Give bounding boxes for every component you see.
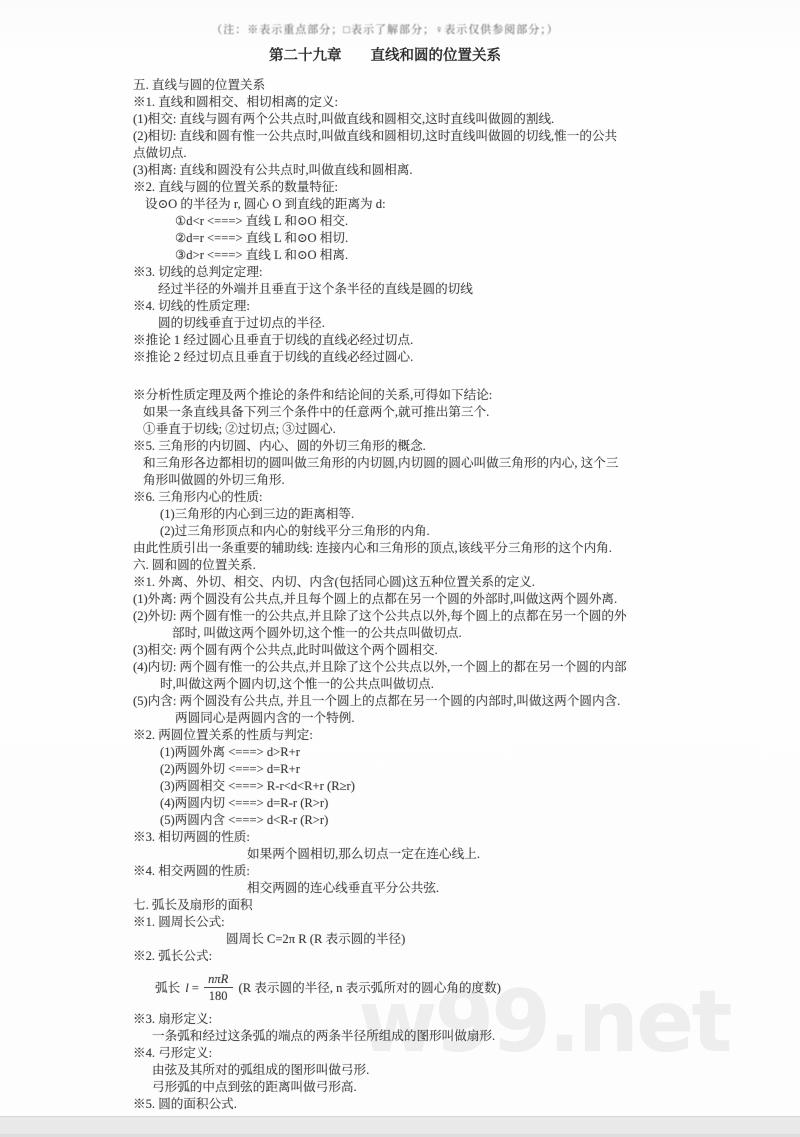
- text-line: (1)三角形的内心到三边的距离相等.: [160, 506, 753, 523]
- text-line: 一条弧和经过这条弧的端点的两条半径所组成的图形叫做扇形.: [152, 1028, 753, 1045]
- text-line: 和三角形各边都相切的圆叫做三角形的内切圆,内切圆的圆心叫做三角形的内心, 这个三: [143, 455, 753, 472]
- text-line: ※3. 扇形定义:: [133, 1011, 753, 1028]
- text-line: (2)相切: 直线和圆有惟一公共点时,叫做直线和圆相切,这时直线叫做圆的切线,惟…: [133, 128, 753, 145]
- text-line: 如果一条直线具备下列三个条件中的任意两个,就可推出第三个.: [143, 404, 753, 421]
- text-line: ②d=r <===> 直线 L 和⊙O 相切.: [175, 230, 753, 247]
- formula-line: 弧长l=nπR180(R 表示圆的半径, n 表示弧所对的圆心角的度数): [155, 967, 753, 1009]
- text-line: 部时, 叫做这两个圆外切,这个惟一的公共点叫做切点.: [172, 625, 753, 642]
- text-line: ※推论 2 经过切点且垂直于切线的直线必经过圆心.: [133, 349, 753, 366]
- text-line: ※6. 三角形内心的性质:: [133, 489, 753, 506]
- text-line: 两圆同心是两圆内含的一个特例.: [175, 710, 753, 727]
- text-line: ※2. 直线与圆的位置关系的数量特征:: [133, 179, 753, 196]
- text-line: ※5. 圆的面积公式.: [133, 1096, 753, 1113]
- text-line: (2)过三角形顶点和内心的射线平分三角形的内角.: [160, 523, 753, 540]
- text-line: (1)两圆外离 <===> d>R+r: [160, 744, 753, 761]
- document-body: 五. 直线与圆的位置关系※1. 直线和圆相交、相切相离的定义:(1)相交: 直线…: [133, 77, 753, 1113]
- text-line: 相交两圆的连心线垂直平分公共弦.: [247, 880, 753, 897]
- text-line: (5)内含: 两个圆没有公共点, 并且一个圆上的点都在另一个圆的内部时,叫做这两…: [133, 693, 753, 710]
- text-line: 时,叫做这两个圆内切,这个惟一的公共点叫做切点.: [160, 676, 753, 693]
- text-line: ※2. 两圆位置关系的性质与判定:: [133, 727, 753, 744]
- text-line: 弓形弧的中点到弦的距离叫做弓形高.: [152, 1079, 753, 1096]
- document-page: （注：※表示重点部分；□表示了解部分；♀表示仅供参阅部分；） 第二十九章 直线和…: [0, 0, 800, 1137]
- text-line: 经过半径的外端并且垂直于这个条半径的直线是圆的切线: [158, 281, 753, 298]
- text-line: (4)内切: 两个圆有惟一的公共点,并且除了这个公共点以外,一个圆上的都在另一个…: [133, 659, 753, 676]
- text-line: 由此性质引出一条重要的辅助线: 连接内心和三角形的顶点,该线平分三角形的这个内角…: [133, 540, 753, 557]
- text-line: 如果两个圆相切,那么切点一定在连心线上.: [247, 846, 753, 863]
- footer-bar: [0, 1116, 800, 1137]
- text-line: 设⊙O 的半径为 r, 圆心 O 到直线的距离为 d:: [145, 196, 753, 213]
- text-line: ※4. 相交两圆的性质:: [133, 863, 753, 880]
- text-line: 五. 直线与圆的位置关系: [133, 77, 753, 94]
- text-line: 七. 弧长及扇形的面积: [133, 897, 753, 914]
- chapter-title: 第二十九章 直线和圆的位置关系: [0, 44, 770, 65]
- text-line: ※1. 直线和圆相交、相切相离的定义:: [133, 94, 753, 111]
- text-line: (2)两圆外切 <===> d=R+r: [160, 761, 753, 778]
- text-line: 六. 圆和圆的位置关系.: [133, 557, 753, 574]
- text-line: ①d<r <===> 直线 L 和⊙O 相交.: [175, 213, 753, 230]
- text-line: ※4. 切线的性质定理:: [133, 298, 753, 315]
- text-line: 由弦及其所对的弧组成的图形叫做弓形.: [152, 1062, 753, 1079]
- text-line: (3)相交: 两个圆有两个公共点,此时叫做这个两个圆相交.: [133, 642, 753, 659]
- text-line: (2)外切: 两个圆有惟一的公共点,并且除了这个公共点以外,每个圆上的点都在另一…: [133, 608, 753, 625]
- text-line: 角形叫做圆的外切三角形.: [143, 472, 753, 489]
- text-line: ③d>r <===> 直线 L 和⊙O 相离.: [175, 247, 753, 264]
- text-line: 圆周长 C=2π R (R 表示圆的半径): [226, 931, 753, 948]
- text-line: ※2. 弧长公式:: [133, 948, 753, 965]
- fraction: nπR180: [204, 972, 233, 1004]
- text-line: ※4. 弓形定义:: [133, 1045, 753, 1062]
- text-line: ※3. 相切两圆的性质:: [133, 829, 753, 846]
- text-line: (1)外离: 两个圆没有公共点,并且每个圆上的点都在另一个圆的外部时,叫做这两个…: [133, 591, 753, 608]
- text-line: (3)相离: 直线和圆没有公共点时,叫做直线和圆相离.: [133, 162, 753, 179]
- text-line: (3)两圆相交 <===> R-r<d<R+r (R≥r): [160, 778, 753, 795]
- text-line: (4)两圆内切 <===> d=R-r (R>r): [160, 795, 753, 812]
- text-line: ①垂直于切线; ②过切点; ③过圆心.: [143, 421, 753, 438]
- text-line: ※1. 圆周长公式:: [133, 914, 753, 931]
- text-line: ※分析性质定理及两个推论的条件和结论间的关系,可得如下结论:: [133, 387, 753, 404]
- header-note: （注：※表示重点部分；□表示了解部分；♀表示仅供参阅部分；）: [0, 21, 770, 37]
- text-line: ※5. 三角形的内切圆、内心、圆的外切三角形的概念.: [133, 438, 753, 455]
- text-line: ※1. 外离、外切、相交、内切、内含(包括同心圆)这五种位置关系的定义.: [133, 574, 753, 591]
- text-line: ※推论 1 经过圆心且垂直于切线的直线必经过切点.: [133, 332, 753, 349]
- text-line: (5)两圆内含 <===> d<R-r (R>r): [160, 812, 753, 829]
- text-line: 点做切点.: [133, 145, 753, 162]
- text-line: (1)相交: 直线与圆有两个公共点时,叫做直线和圆相交,这时直线叫做圆的割线.: [133, 111, 753, 128]
- text-line: 圆的切线垂直于过切点的半径.: [158, 315, 753, 332]
- text-line: ※3. 切线的总判定定理:: [133, 264, 753, 281]
